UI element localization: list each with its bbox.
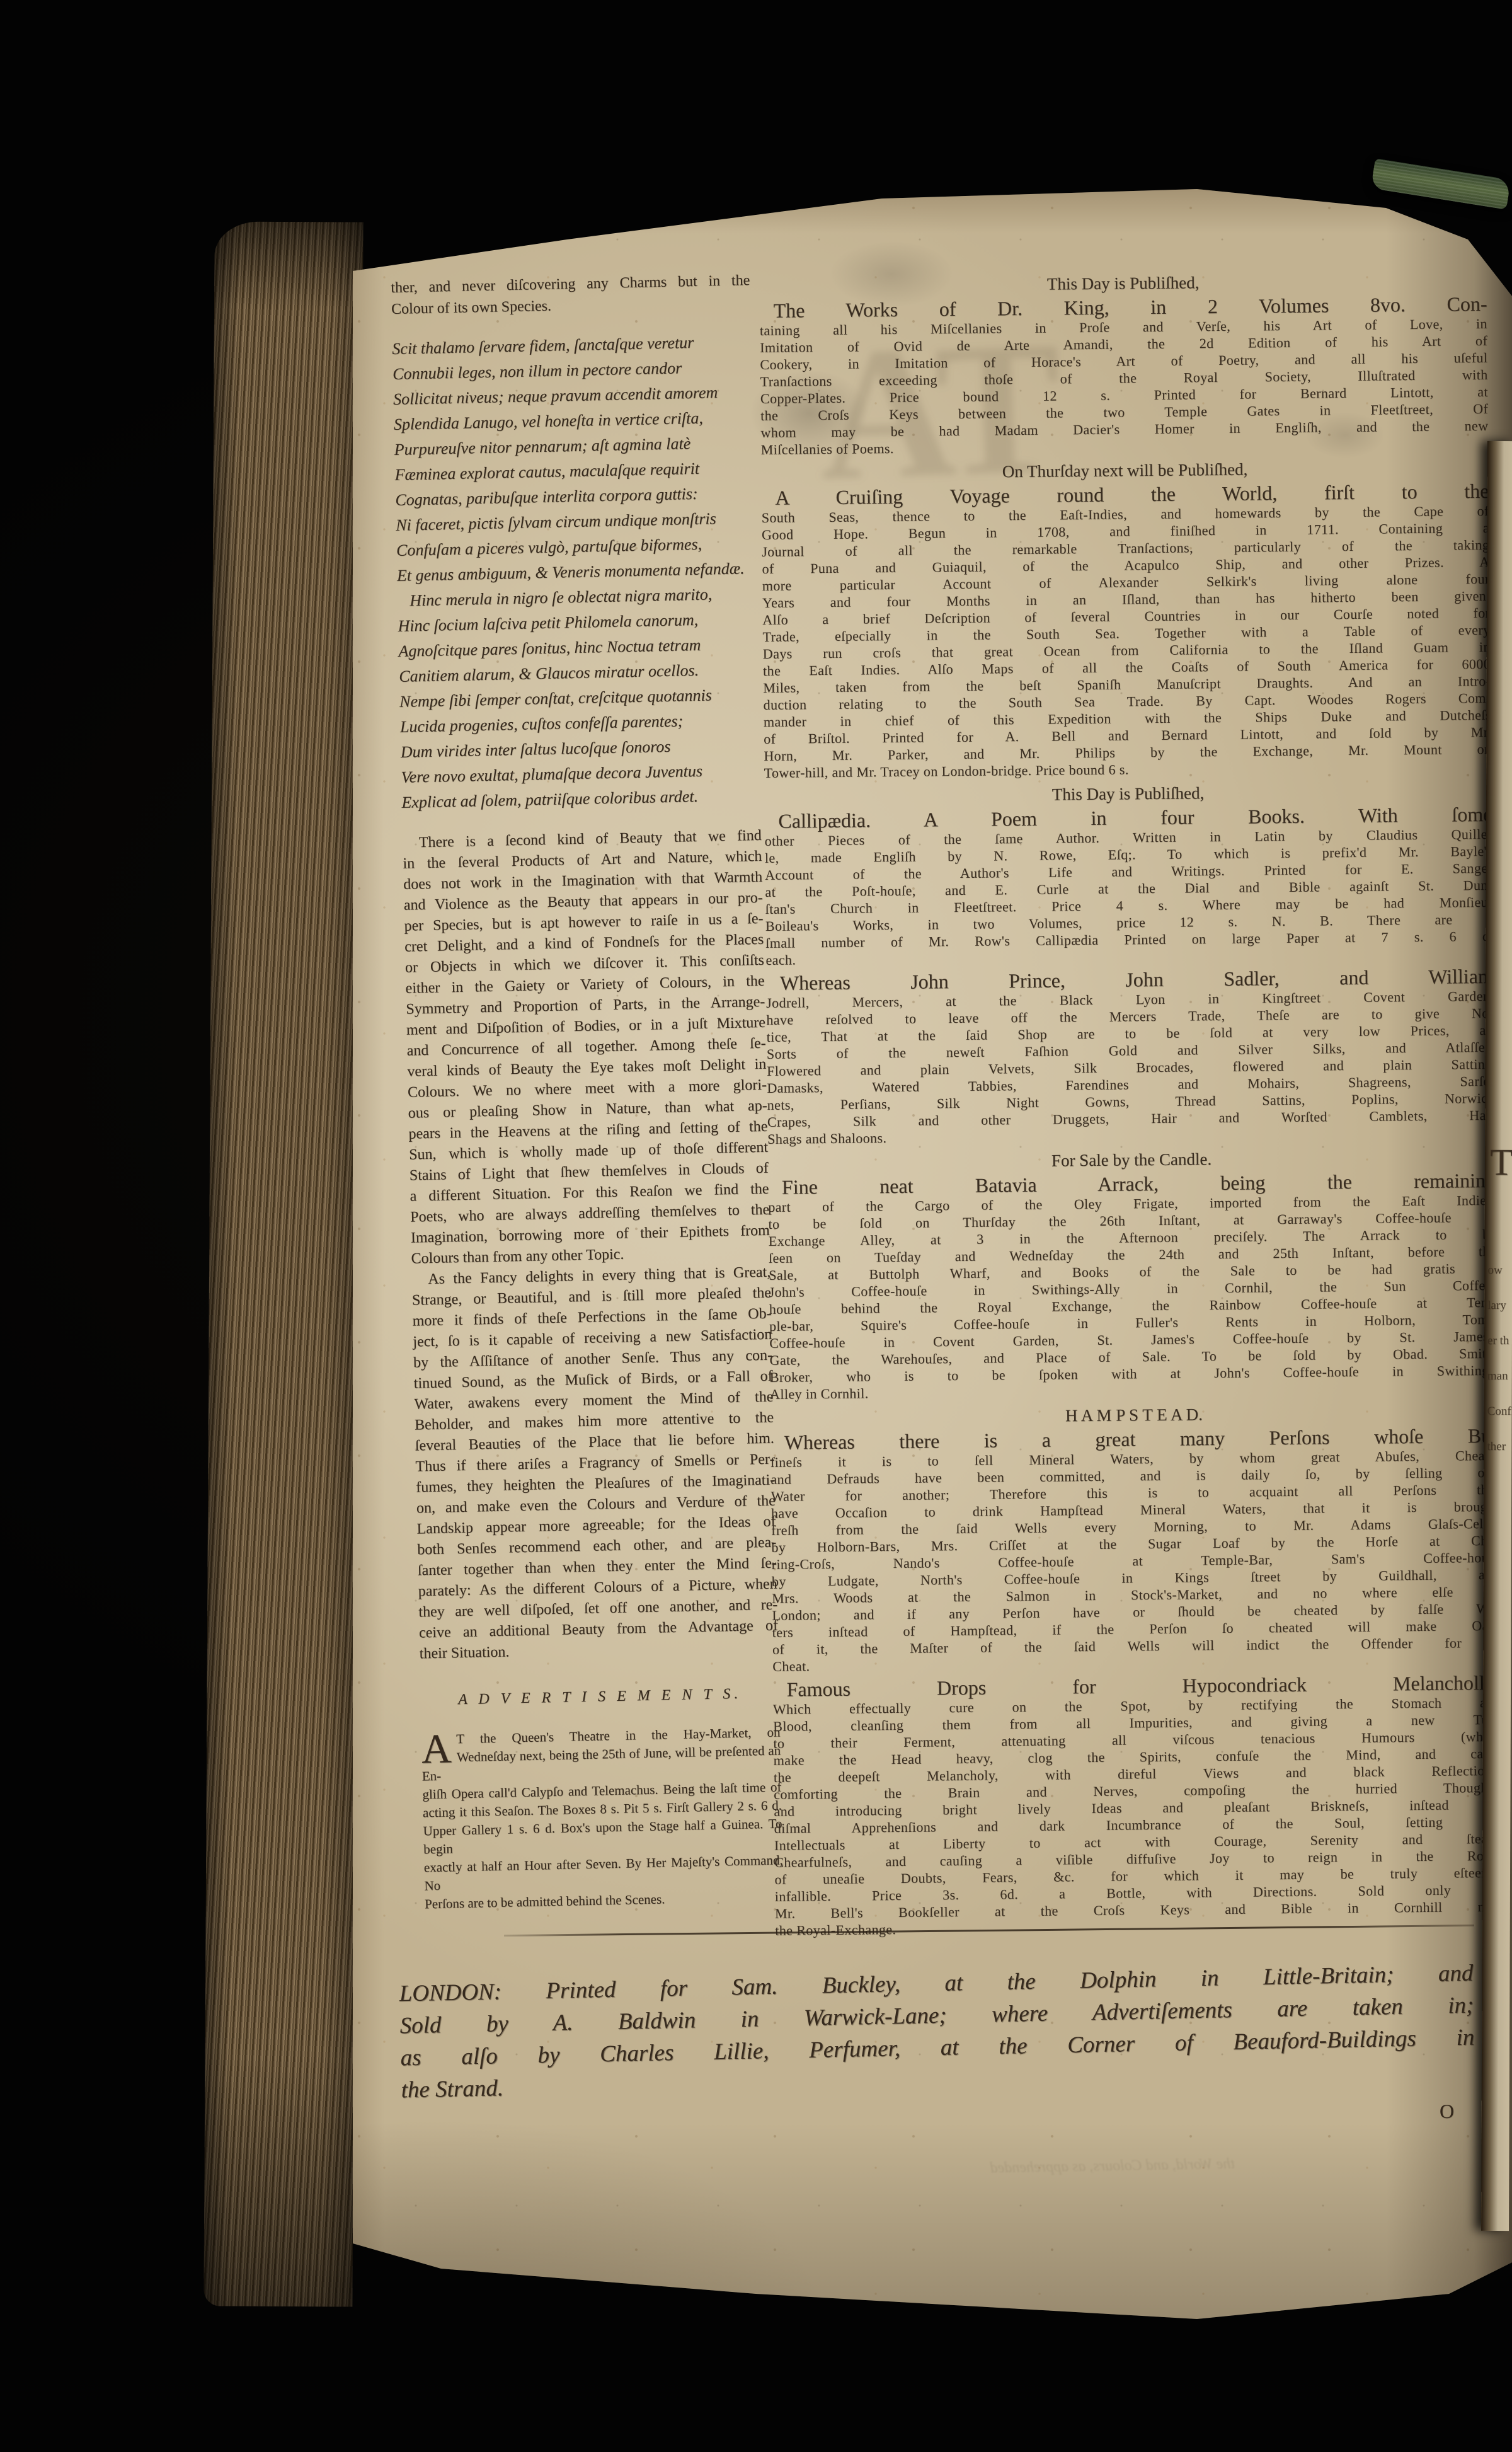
ad-section: This Day is Publiſhed,Callipædia. A Poem…	[764, 778, 1494, 969]
theatre-advertisement-text: T the Queen's Theatre in the Hay-Market,…	[421, 1724, 784, 1914]
advertisements-column: This Day is Publiſhed,The Works of Dr. K…	[759, 264, 1503, 1939]
text-line: ow	[1487, 1263, 1512, 1277]
essay-intro: ther, and never diſcovering any Charms b…	[391, 270, 750, 320]
ad-section: H A M P S T E A D.Whereas there is a gre…	[770, 1399, 1500, 1675]
bookmark-ribbon	[1371, 158, 1511, 210]
essay-paragraph: As the Fancy delights in every thing tha…	[411, 1262, 779, 1665]
ad-section: This Day is Publiſhed,The Works of Dr. K…	[759, 267, 1489, 458]
essay-paragraph: There is a ſecond kind of Beauty that we…	[402, 826, 770, 1270]
signature-mark: O	[1440, 2100, 1454, 2123]
book-page: AT ther, and never diſcovering any Charm…	[340, 183, 1512, 2338]
book-fore-edge	[203, 221, 363, 2306]
text-line: Confi	[1487, 1405, 1512, 1419]
show-through-text: the World, and Colours, as apprehended	[718, 2156, 1235, 2182]
essay-column: ther, and never diſcovering any Charms b…	[391, 270, 784, 1913]
imprint: LONDON: Printed for Sam. Buckley, at the…	[399, 1957, 1475, 2107]
text-line: man	[1487, 1369, 1512, 1383]
ad-section: For Sale by the Candle.Fine neat Batavia…	[767, 1144, 1498, 1403]
next-page-text-fragments: owlaryer thmanConfither	[1487, 1263, 1512, 1475]
advertisements-heading: A D V E R T I S E M E N T S.	[420, 1685, 779, 1710]
text-line: ther	[1487, 1440, 1512, 1454]
theatre-advertisement: A T the Queen's Theatre in the Hay-Marke…	[421, 1724, 784, 1914]
photo-backdrop: AT ther, and never diſcovering any Charm…	[0, 0, 1512, 2452]
ad-section: Famous Drops for Hypocondriack Melanchol…	[772, 1671, 1503, 1939]
text-line: lary	[1487, 1299, 1512, 1313]
next-page-initial: T	[1490, 1141, 1512, 1184]
ad-section: Whereas John Prince, John Sadler, and Wi…	[766, 965, 1496, 1148]
latin-poem: Scit thalamo ſervare fidem, ſanctaſque v…	[392, 329, 761, 815]
drop-cap: A	[421, 1730, 457, 1767]
text-line: er th	[1487, 1334, 1512, 1348]
ad-section: On Thurſday next will be Publiſhed,A Cru…	[761, 454, 1492, 781]
